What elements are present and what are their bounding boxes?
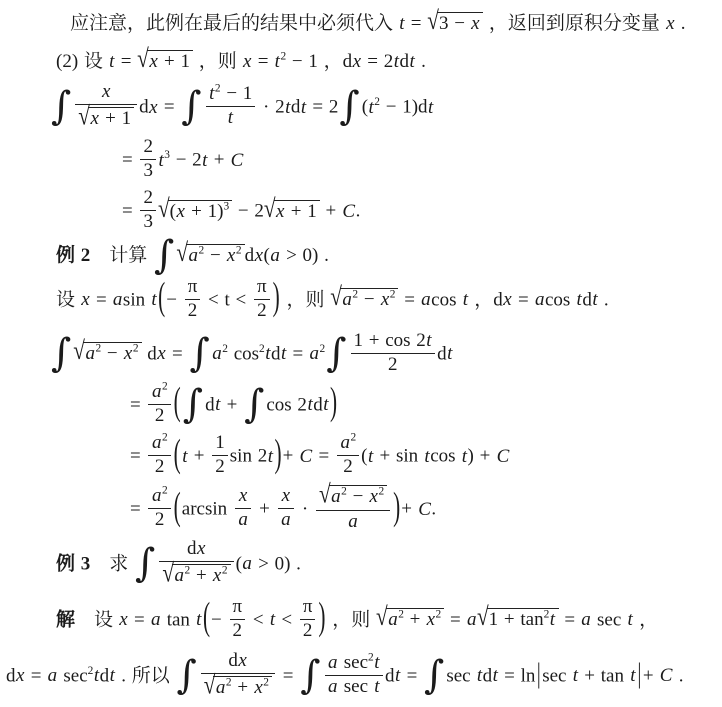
fraction: π2	[300, 597, 316, 641]
radical-sign: √	[78, 102, 90, 130]
big-left-paren: (	[202, 592, 211, 643]
example-label: 例 2	[56, 245, 90, 266]
radical-sign: √	[330, 281, 342, 315]
radical-sign: √	[204, 671, 216, 699]
formula-line-9: = a22(∫dt + ∫cos 2tdt)	[130, 384, 718, 428]
square-root: √a2 − x2	[330, 285, 398, 313]
radical-sign: √	[264, 192, 276, 226]
fraction: a22	[337, 433, 359, 477]
big-left-paren: (	[173, 482, 182, 533]
fraction: xa	[278, 486, 295, 530]
textbook-page: 应注意，此例在最后的结果中必须代入 t = √3 − x ，返回到原积分变量 x…	[0, 0, 722, 701]
fraction: a22	[148, 486, 170, 530]
square-root: √a2 + x2	[204, 675, 272, 699]
absolute-value-bar: |	[636, 658, 643, 695]
formula-line-11: = a22(arcsin xa + xa · √a2 − x2a)+ C.	[130, 486, 718, 534]
formula-line-13: 解 设 x = a tan t(− π2 < t < π2) ，则 √a2 + …	[56, 599, 718, 643]
radical-sign: √	[73, 335, 85, 369]
square-root: √a2 − x2	[319, 484, 387, 508]
fraction: 12	[212, 433, 228, 477]
fraction: t2 − 1t	[206, 84, 256, 128]
big-right-paren: )	[329, 378, 338, 429]
formula-line-14: dx = a sec2tdt . 所以 ∫dx√a2 + x2 = ∫a sec…	[6, 653, 718, 701]
formula-line-10: = a22(t + 12sin 2t)+ C = a22(t + sin tco…	[130, 435, 718, 479]
formula-line-2: (2) 设 t = √x + 1 ，则 x = t2 − 1 ，dx = 2td…	[56, 47, 718, 75]
big-left-paren: (	[173, 378, 182, 429]
big-right-paren: )	[273, 429, 282, 480]
square-root: √x + 1	[137, 47, 193, 75]
content-lines: 应注意，此例在最后的结果中必须代入 t = √3 − x ，返回到原积分变量 x…	[0, 9, 718, 701]
formula-line-12: 例 3 求 ∫dx√a2 + x2(a > 0) .	[56, 541, 718, 589]
big-left-paren: (	[157, 272, 166, 323]
formula-line-1: 应注意，此例在最后的结果中必须代入 t = √3 − x ，返回到原积分变量 x…	[70, 9, 718, 37]
fraction: a22	[148, 433, 170, 477]
square-root: √a2 + x2	[162, 563, 230, 587]
fraction: a sec2ta sec t	[325, 653, 384, 697]
radical-sign: √	[162, 559, 174, 587]
fraction: dx√a2 + x2	[159, 539, 233, 587]
radical-sign: √	[477, 601, 489, 635]
formula-line-3: ∫x√x + 1dx = ∫t2 − 1t · 2tdt = 2∫(t2 − 1…	[50, 84, 718, 132]
fraction: dx√a2 + x2	[201, 651, 275, 699]
formula-line-5: = 23√(x + 1)3 − 2√x + 1 + C.	[122, 190, 718, 234]
square-root: √a2 + x2	[376, 605, 444, 633]
square-root: √(x + 1)3	[158, 197, 232, 225]
formula-line-4: = 23t3 − 2t + C	[122, 139, 718, 183]
square-root: √1 + tan2t	[477, 605, 559, 633]
square-root: √x + 1	[78, 106, 134, 130]
fraction: 23	[140, 137, 156, 181]
radical-sign: √	[376, 601, 388, 635]
formula-line-6: 例 2 计算 ∫√a2 − x2dx(a > 0) .	[56, 241, 718, 269]
fraction: 1 + cos 2t2	[351, 331, 436, 375]
square-root: √x + 1	[264, 197, 320, 225]
big-left-paren: (	[173, 429, 182, 480]
example-label: 解	[56, 609, 75, 630]
fraction: a22	[148, 382, 170, 426]
fraction: π2	[254, 277, 270, 321]
fraction: π2	[230, 597, 246, 641]
absolute-value-bar: |	[535, 658, 542, 695]
square-root: √a2 − x2	[73, 339, 141, 367]
big-right-paren: )	[272, 272, 281, 323]
fraction: x√x + 1	[75, 82, 137, 130]
fraction: π2	[185, 277, 201, 321]
fraction: √a2 − x2a	[316, 484, 390, 532]
radical-sign: √	[176, 237, 188, 271]
example-label: 例 3	[56, 553, 90, 574]
big-right-paren: )	[317, 592, 326, 643]
fraction: 23	[140, 188, 156, 232]
big-right-paren: )	[392, 482, 401, 533]
radical-sign: √	[158, 192, 170, 226]
fraction: xa	[235, 486, 252, 530]
formula-line-7: 设 x = asin t(− π2 < t < π2) ，则 √a2 − x2 …	[56, 279, 718, 323]
radical-sign: √	[427, 5, 439, 39]
square-root: √3 − x	[427, 9, 483, 37]
radical-sign: √	[319, 481, 331, 509]
square-root: √a2 − x2	[176, 241, 244, 269]
radical-sign: √	[137, 42, 149, 76]
formula-line-8: ∫√a2 − x2 dx = ∫a2 cos2tdt = a2∫1 + cos …	[50, 333, 718, 377]
